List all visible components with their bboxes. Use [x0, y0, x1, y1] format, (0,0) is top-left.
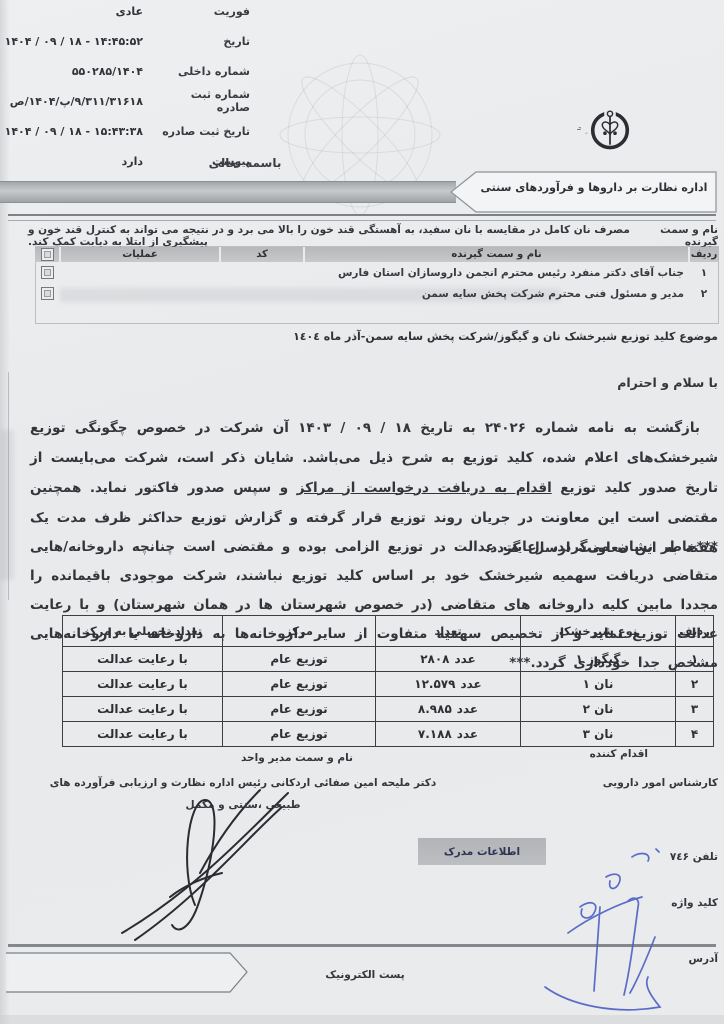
- center: توزیع عام: [223, 672, 376, 697]
- document-action-icon: [41, 266, 54, 279]
- col-code: کد: [221, 247, 303, 262]
- col-quantity: تعداد: [376, 616, 521, 647]
- ops-cell: [35, 266, 59, 279]
- center: توزیع عام: [223, 647, 376, 672]
- field-value: دارد: [25, 155, 143, 168]
- field-label: شماره داخلی: [155, 65, 250, 78]
- center: توزیع عام: [223, 697, 376, 722]
- qty-number: ۷.۱۸۸: [418, 727, 452, 741]
- center: توزیع عام: [223, 722, 376, 747]
- field-label: تاریخ: [155, 35, 250, 48]
- quantity: ۱۲.۵۷۹عدد: [376, 672, 521, 697]
- col-operations: عملیات: [61, 247, 219, 262]
- distribution-header-row: ردیف نوع شیرخشک تعداد مرکز تعداد تحویلی …: [63, 616, 714, 647]
- recipients-header-row: ردیف نام و سمت گیرنده کد عملیات: [35, 247, 718, 262]
- quantity: ۲۸۰۸عدد: [376, 647, 521, 672]
- quantity: ۷.۱۸۸عدد: [376, 722, 521, 747]
- milk-type: نان ۲: [521, 697, 676, 722]
- metadata-row: شماره داخلی۵۵۰۲۸۵/۱۴۰۴: [25, 56, 250, 86]
- banner-bar: [0, 181, 456, 203]
- qty-unit: عدد: [457, 702, 478, 716]
- document-action-icon: [41, 287, 54, 300]
- recipient-label: نام و سمت گیرنده: [640, 224, 718, 248]
- field-label: تاریخ ثبت صادره: [155, 125, 250, 138]
- field-label: فوریت: [155, 5, 250, 18]
- delivery: با رعایت عدالت: [63, 672, 223, 697]
- scanned-letter-page: فوریتعادی تاریخ۱۴۰۴ / ۰۹ / ۱۸ - ۱۴:۴۵:۵۲…: [0, 0, 724, 1024]
- row-number: ۱: [690, 267, 718, 279]
- email-label: پست الکترونیک: [308, 969, 422, 981]
- row-no: ۳: [676, 697, 714, 722]
- col-center: مرکز: [223, 616, 376, 647]
- col-icon: [35, 247, 59, 262]
- row-number: ۲: [690, 288, 718, 300]
- letter-metadata: فوریتعادی تاریخ۱۴۰۴ / ۰۹ / ۱۸ - ۱۴:۴۵:۵۲…: [25, 0, 250, 176]
- quantity: ۸.۹۸۵عدد: [376, 697, 521, 722]
- metadata-row: تاریخ ثبت صادره۱۴۰۴ / ۰۹ / ۱۸ - ۱۵:۴۳:۳۸: [25, 116, 250, 146]
- field-label: شماره ثبت صادره: [155, 88, 250, 114]
- address-ribbon: [6, 948, 252, 998]
- underlined-phrase: اقدام به دریافت درخواست از مراکز: [297, 480, 552, 496]
- qty-unit: عدد: [457, 727, 478, 741]
- field-value: ۱۴۰۴ / ۰۹ / ۱۸ - ۱۵:۴۳:۳۸: [5, 125, 143, 138]
- metadata-row: فوریتعادی: [25, 0, 250, 26]
- health-slogan: مصرف نان کامل در مقایسه با نان سفید، به …: [28, 224, 634, 248]
- delivery: با رعایت عدالت: [63, 722, 223, 747]
- besmele-heading: باسمه تعالی: [180, 156, 310, 170]
- university-logo-icon: دانشگاه علوم پزشکی و خدمات بهداشتی درمان…: [574, 88, 646, 164]
- metadata-row: شماره ثبت صادرهص/۱۴۰۴/پ/۹/۳۱۱/۳۱۶۱۸: [25, 86, 250, 116]
- col-milk-type: نوع شیرخشک: [521, 616, 676, 647]
- salutation: با سلام و احترام: [30, 375, 718, 390]
- ops-cell: [35, 287, 59, 300]
- scan-line-artifact: [8, 372, 9, 600]
- table-row: ۲ نان ۱ ۱۲.۵۷۹عدد توزیع عام با رعایت عدا…: [63, 672, 714, 697]
- milk-type: نان ۳: [521, 722, 676, 747]
- distribution-table: ردیف نوع شیرخشک تعداد مرکز تعداد تحویلی …: [62, 615, 714, 747]
- subject-line: موضوع کلید توزیع شیرخشک نان و گیگوز/شرکت…: [30, 330, 718, 343]
- field-value: ۱۴۰۴ / ۰۹ / ۱۸ - ۱۴:۴۵:۵۲: [5, 35, 143, 48]
- recipient-row: ۲ مدیر و مسئول فنی محترم شرکت پخش سایه س…: [35, 283, 718, 304]
- qty-number: ۸.۹۸۵: [418, 702, 452, 716]
- manager-signature: [110, 785, 310, 950]
- field-value: ۵۵۰۲۸۵/۱۴۰۴: [25, 65, 143, 78]
- row-no: ۴: [676, 722, 714, 747]
- col-delivery: تعداد تحویلی به مرکز: [63, 616, 223, 647]
- col-recipient-name: نام و سمت گیرنده: [305, 247, 688, 262]
- actor-label: اقدام کننده: [588, 748, 648, 760]
- recipient-name: جناب آقای دکتر منفرد رئیس محترم انجمن دا…: [305, 267, 688, 279]
- col-row-number: ردیف: [690, 247, 718, 262]
- qty-unit: عدد: [460, 677, 481, 691]
- recipients-table: ردیف نام و سمت گیرنده کد عملیات ۱ جناب آ…: [35, 247, 718, 304]
- milk-type: نان ۱: [521, 672, 676, 697]
- row-no: ۱: [676, 647, 714, 672]
- field-value: ص/۱۴۰۴/پ/۹/۳۱۱/۳۱۶۱۸: [10, 95, 143, 108]
- milk-type: گیگوز ۱: [521, 647, 676, 672]
- table-row: ۴ نان ۳ ۷.۱۸۸عدد توزیع عام با رعایت عدال…: [63, 722, 714, 747]
- delivery: با رعایت عدالت: [63, 697, 223, 722]
- table-row: ۱ گیگوز ۱ ۲۸۰۸عدد توزیع عام با رعایت عدا…: [63, 647, 714, 672]
- recipient-name: مدیر و مسئول فنی محترم شرکت پخش سایه سمن: [305, 288, 688, 300]
- row-no: ۲: [676, 672, 714, 697]
- manager-label: نام و سمت مدیر واحد: [237, 752, 357, 764]
- delivery: با رعایت عدالت: [63, 647, 223, 672]
- col-row: ردیف: [676, 616, 714, 647]
- field-value: عادی: [25, 5, 143, 18]
- qty-unit: عدد: [455, 652, 476, 666]
- svg-text:دانشگاه علوم پزشکی و خدمات بهد: دانشگاه علوم پزشکی و خدمات بهداشتی درمان…: [574, 88, 583, 130]
- recipient-row: ۱ جناب آقای دکتر منفرد رئیس محترم انجمن …: [35, 262, 718, 283]
- qty-number: ۲۸۰۸: [420, 652, 449, 666]
- department-name: اداره نظارت بر داروها و فرآوردهای سنتی: [478, 181, 710, 194]
- qty-number: ۱۲.۵۷۹: [414, 677, 455, 691]
- grid-icon: [41, 248, 54, 261]
- table-row: ۳ نان ۲ ۸.۹۸۵عدد توزیع عام با رعایت عدال…: [63, 697, 714, 722]
- actor-role: کارشناس امور دارویی: [600, 777, 718, 789]
- pen-annotation: [520, 845, 720, 1020]
- scan-smudge: [0, 430, 14, 580]
- double-rule: [8, 214, 716, 221]
- metadata-row: تاریخ۱۴۰۴ / ۰۹ / ۱۸ - ۱۴:۴۵:۵۲: [25, 26, 250, 56]
